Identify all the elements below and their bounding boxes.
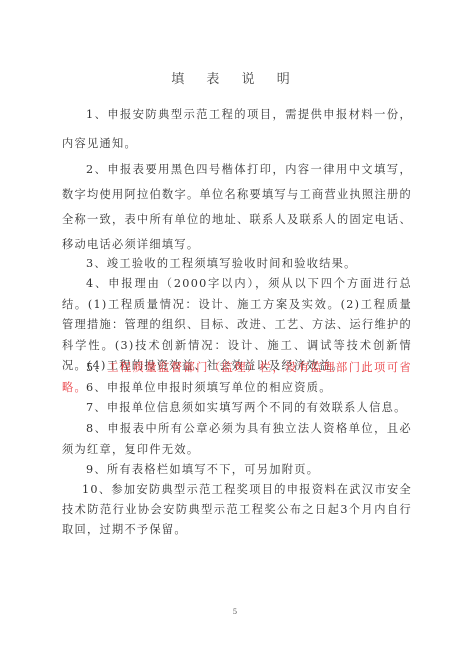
- item-number: 6、: [86, 381, 107, 394]
- item-number: 10、: [82, 483, 111, 496]
- item-number: 3、: [86, 257, 107, 270]
- item-text: 申报表中所有公章必须为具有独立法人资格单位，且必须为红章，复印件无效。: [62, 422, 412, 456]
- page-title: 填 表 说 明: [0, 68, 470, 87]
- page-number: 5: [0, 608, 470, 616]
- item-text: 申报单位申报时须填写单位的相应资质。: [107, 381, 332, 394]
- instruction-item-3: 3、竣工验收的工程须填写验收时间和验收结果。: [62, 254, 412, 274]
- instruction-item-9: 9、所有表格栏如填写不下，可另加附页。: [62, 460, 412, 480]
- instruction-item-2: 2、申报表要用黑色四号楷体打印，内容一律用中文填写，数字均使用阿拉伯数字。单位名…: [62, 157, 412, 257]
- item-number: 1、: [86, 108, 107, 121]
- instruction-item-8: 8、申报表中所有公章必须为具有独立法人资格单位，且必须为红章，复印件无效。: [62, 418, 412, 460]
- item-number: 9、: [86, 463, 107, 476]
- item-number: 7、: [86, 401, 107, 414]
- item-text: 所有表格栏如填写不下，可另加附页。: [107, 463, 319, 476]
- item-number: 5、: [86, 361, 107, 374]
- item-number: 2、: [86, 163, 107, 176]
- instruction-item-10: 10、参加安防典型示范工程奖项目的申报资料在武汉市安全技术防范行业协会安防典型示…: [62, 480, 412, 540]
- instruction-item-6: 6、申报单位申报时须填写单位的相应资质。: [62, 378, 412, 398]
- instruction-item-7: 7、申报单位信息须如实填写两个不同的有效联系人信息。: [62, 398, 412, 418]
- item-text: 申报安防典型示范工程的项目，需提供申报材料一份，内容见通知。: [62, 108, 412, 150]
- item-text: 参加安防典型示范工程奖项目的申报资料在武汉市安全技术防范行业协会安防典型示范工程…: [62, 483, 412, 536]
- item-text: 申报单位信息须如实填写两个不同的有效联系人信息。: [107, 401, 407, 414]
- item-text: 申报表要用黑色四号楷体打印，内容一律用中文填写，数字均使用阿拉伯数字。单位名称要…: [62, 163, 412, 251]
- instruction-item-1: 1、申报安防典型示范工程的项目，需提供申报材料一份，内容见通知。: [62, 100, 412, 158]
- document-page: 填 表 说 明 1、申报安防典型示范工程的项目，需提供申报材料一份，内容见通知。…: [0, 0, 470, 666]
- item-text: 竣工验收的工程须填写验收时间和验收结果。: [107, 257, 357, 270]
- item-number: 4、: [86, 277, 108, 290]
- item-number: 8、: [86, 422, 107, 435]
